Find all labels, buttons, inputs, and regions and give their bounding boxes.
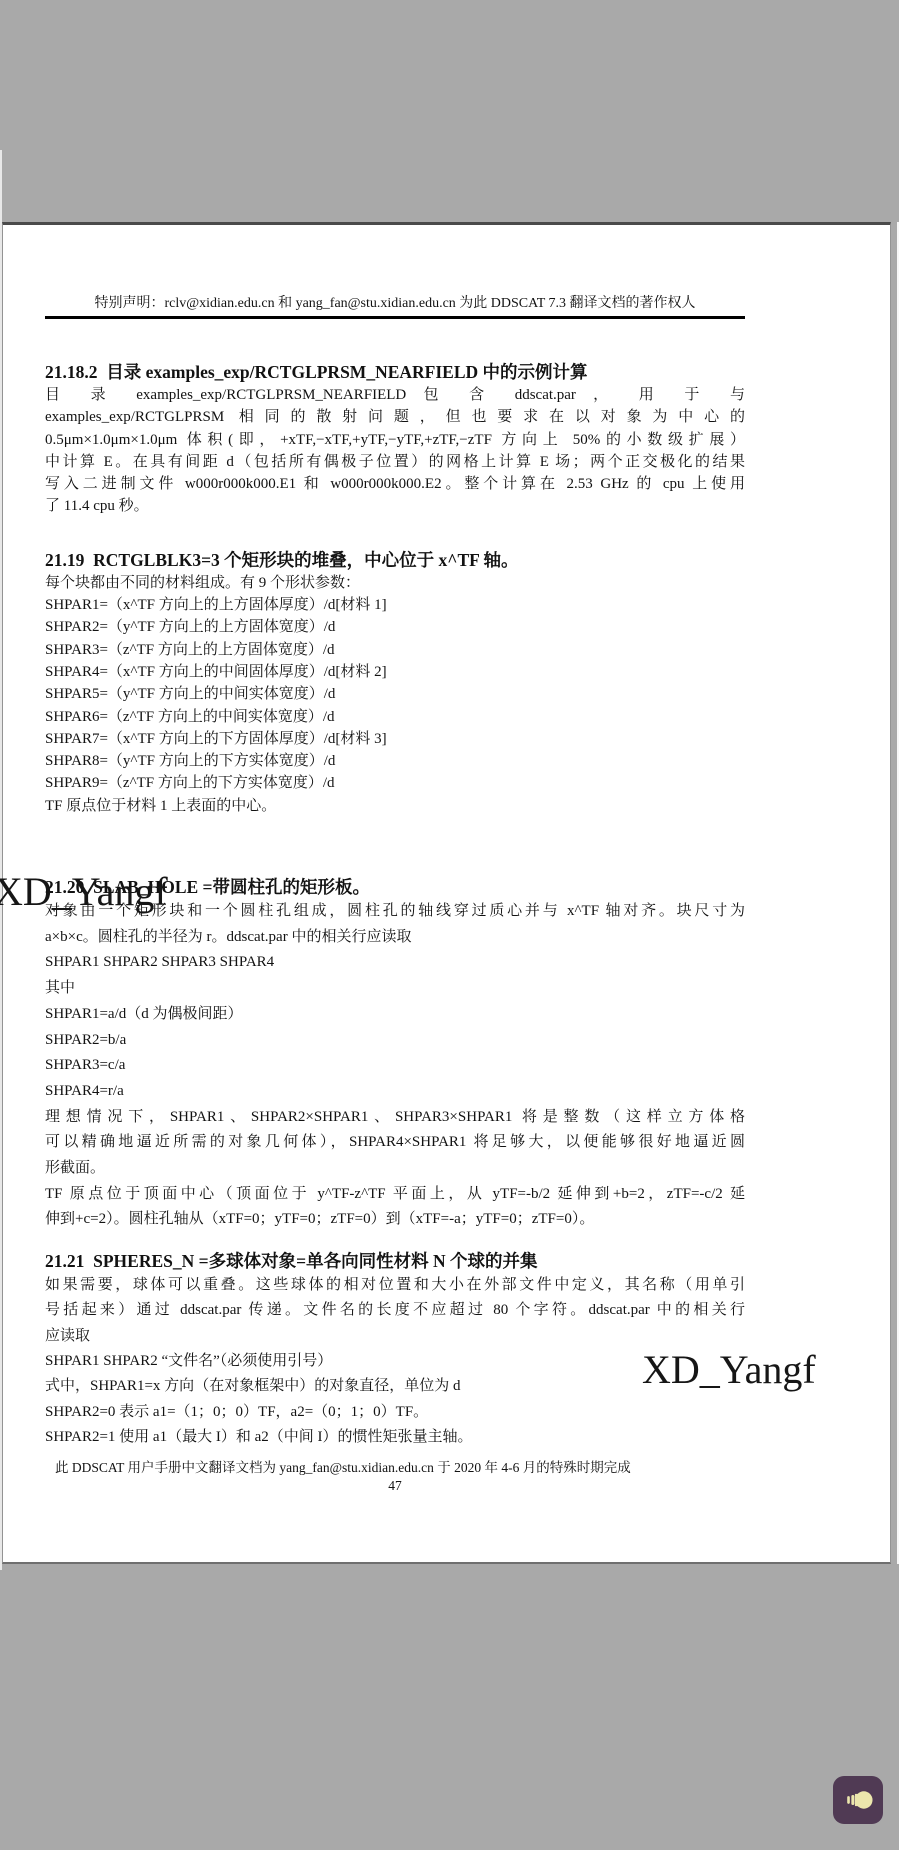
text-line: 中计算 E。在具有间距 d（包括所有偶极子位置）的网格上计算 E 场；两个正交极… bbox=[45, 451, 745, 473]
text-line: 如果需要，球体可以重叠。这些球体的相对位置和大小在外部文件中定义，其名称（用单引 bbox=[45, 1273, 745, 1298]
text-line: SHPAR1=（x^TF 方向上的上方固体厚度）/d[材料 1] bbox=[45, 594, 745, 616]
header-rule bbox=[45, 316, 745, 319]
section-heading-21-21: 21.21 SPHERES_N =多球体对象=单各向同性材料 N 个球的并集 bbox=[45, 1249, 745, 1273]
text-line: 0.5μm×1.0μm×1.0μm 体积(即，+xTF,−xTF,+yTF,−y… bbox=[45, 429, 745, 451]
text-line: SHPAR1 SHPAR2 “文件名”（必须使用引号） bbox=[45, 1349, 745, 1374]
section-21-19: 21.19 RCTGLBLK3=3 个矩形块的堆叠，中心位于 x^TF 轴。 每… bbox=[45, 548, 745, 817]
text-line: SHPAR2=0 表示 a1=（1；0；0）TF，a2=（0；1；0）TF。 bbox=[45, 1400, 745, 1425]
section-21-21: 21.21 SPHERES_N =多球体对象=单各向同性材料 N 个球的并集 如… bbox=[45, 1249, 745, 1450]
text-line: 了 11.4 cpu 秒。 bbox=[45, 495, 745, 517]
text-line: 可以精确地逼近所需的对象几何体），SHPAR4×SHPAR1 将足够大，以便能够… bbox=[45, 1130, 745, 1156]
section-21-20: 21.20 SLAB_HOLE =带圆柱孔的矩形板。 对象由一个矩形块和一个圆柱… bbox=[45, 875, 745, 1233]
text-line: SHPAR6=（z^TF 方向上的中间实体宽度）/d bbox=[45, 706, 745, 728]
page-number: 47 bbox=[45, 1478, 745, 1494]
text-line: SHPAR2=b/a bbox=[45, 1028, 745, 1054]
text-line: examples_exp/RCTGLPRSM 相同的散射问题，但也要求在以对象为… bbox=[45, 406, 745, 428]
text-line: SHPAR9=（z^TF 方向上的下方实体宽度）/d bbox=[45, 772, 745, 794]
text-line: SHPAR2=（y^TF 方向上的上方固体宽度）/d bbox=[45, 616, 745, 638]
text-line: 应读取 bbox=[45, 1324, 745, 1349]
text-line: 每个块都由不同的材料组成。有 9 个形状参数： bbox=[45, 572, 745, 594]
text-line: SHPAR8=（y^TF 方向上的下方实体宽度）/d bbox=[45, 750, 745, 772]
footer-note: 此 DDSCAT 用户手册中文翻译文档为 yang_fan@stu.xidian… bbox=[45, 1459, 745, 1476]
section-heading-21-20: 21.20 SLAB_HOLE =带圆柱孔的矩形板。 bbox=[45, 875, 745, 899]
document-page[interactable]: 特别声明：rclv@xidian.edu.cn 和 yang_fan@stu.x… bbox=[2, 222, 891, 1564]
section-heading-21-19: 21.19 RCTGLBLK3=3 个矩形块的堆叠，中心位于 x^TF 轴。 bbox=[45, 548, 745, 572]
text-line: 目 录 examples_exp/RCTGLPRSM_NEARFIELD 包 含… bbox=[45, 384, 745, 406]
copyright-notice: 特别声明：rclv@xidian.edu.cn 和 yang_fan@stu.x… bbox=[45, 295, 745, 313]
text-line: TF 原点位于顶面中心（顶面位于 y^TF-z^TF 平面上，从 yTF=-b/… bbox=[45, 1182, 745, 1208]
text-line: 写入二进制文件 w000r000k000.E1 和 w000r000k000.E… bbox=[45, 473, 745, 495]
text-line: SHPAR1=a/d（d 为偶极间距） bbox=[45, 1002, 745, 1028]
flashlight-button[interactable] bbox=[833, 1776, 883, 1824]
text-line: SHPAR1 SHPAR2 SHPAR3 SHPAR4 bbox=[45, 950, 745, 976]
text-line: SHPAR7=（x^TF 方向上的下方固体厚度）/d[材料 3] bbox=[45, 728, 745, 750]
lightbulb-icon bbox=[840, 1783, 876, 1817]
text-line: 对象由一个矩形块和一个圆柱孔组成，圆柱孔的轴线穿过质心并与 x^TF 轴对齐。块… bbox=[45, 899, 745, 925]
text-line: SHPAR4=（x^TF 方向上的中间固体厚度）/d[材料 2] bbox=[45, 661, 745, 683]
text-line: 其中 bbox=[45, 976, 745, 1002]
text-line: a×b×c。圆柱孔的半径为 r。ddscat.par 中的相关行应读取 bbox=[45, 925, 745, 951]
text-line: SHPAR5=（y^TF 方向上的中间实体宽度）/d bbox=[45, 683, 745, 705]
text-line: 式中，SHPAR1=x 方向（在对象框架中）的对象直径，单位为 d bbox=[45, 1374, 745, 1399]
text-line: 号括起来）通过 ddscat.par 传递。文件名的长度不应超过 80 个字符。… bbox=[45, 1298, 745, 1323]
text-line: 形截面。 bbox=[45, 1156, 745, 1182]
text-line: SHPAR3=（z^TF 方向上的上方固体宽度）/d bbox=[45, 639, 745, 661]
text-line: SHPAR3=c/a bbox=[45, 1053, 745, 1079]
text-line: 伸到+c=2）。圆柱孔轴从（xTF=0；yTF=0；zTF=0）到（xTF=-a… bbox=[45, 1207, 745, 1233]
section-heading-21-18-2: 21.18.2 目录 examples_exp/RCTGLPRSM_NEARFI… bbox=[45, 360, 745, 384]
text-line: 理想情况下，SHPAR1、SHPAR2×SHPAR1、SHPAR3×SHPAR1… bbox=[45, 1105, 745, 1131]
text-line: SHPAR4=r/a bbox=[45, 1079, 745, 1105]
text-line: TF 原点位于材料 1 上表面的中心。 bbox=[45, 795, 745, 817]
section-21-18-2: 21.18.2 目录 examples_exp/RCTGLPRSM_NEARFI… bbox=[45, 360, 745, 518]
text-line: SHPAR2=1 使用 a1（最大 I）和 a2（中间 I）的惯性矩张量主轴。 bbox=[45, 1425, 745, 1450]
